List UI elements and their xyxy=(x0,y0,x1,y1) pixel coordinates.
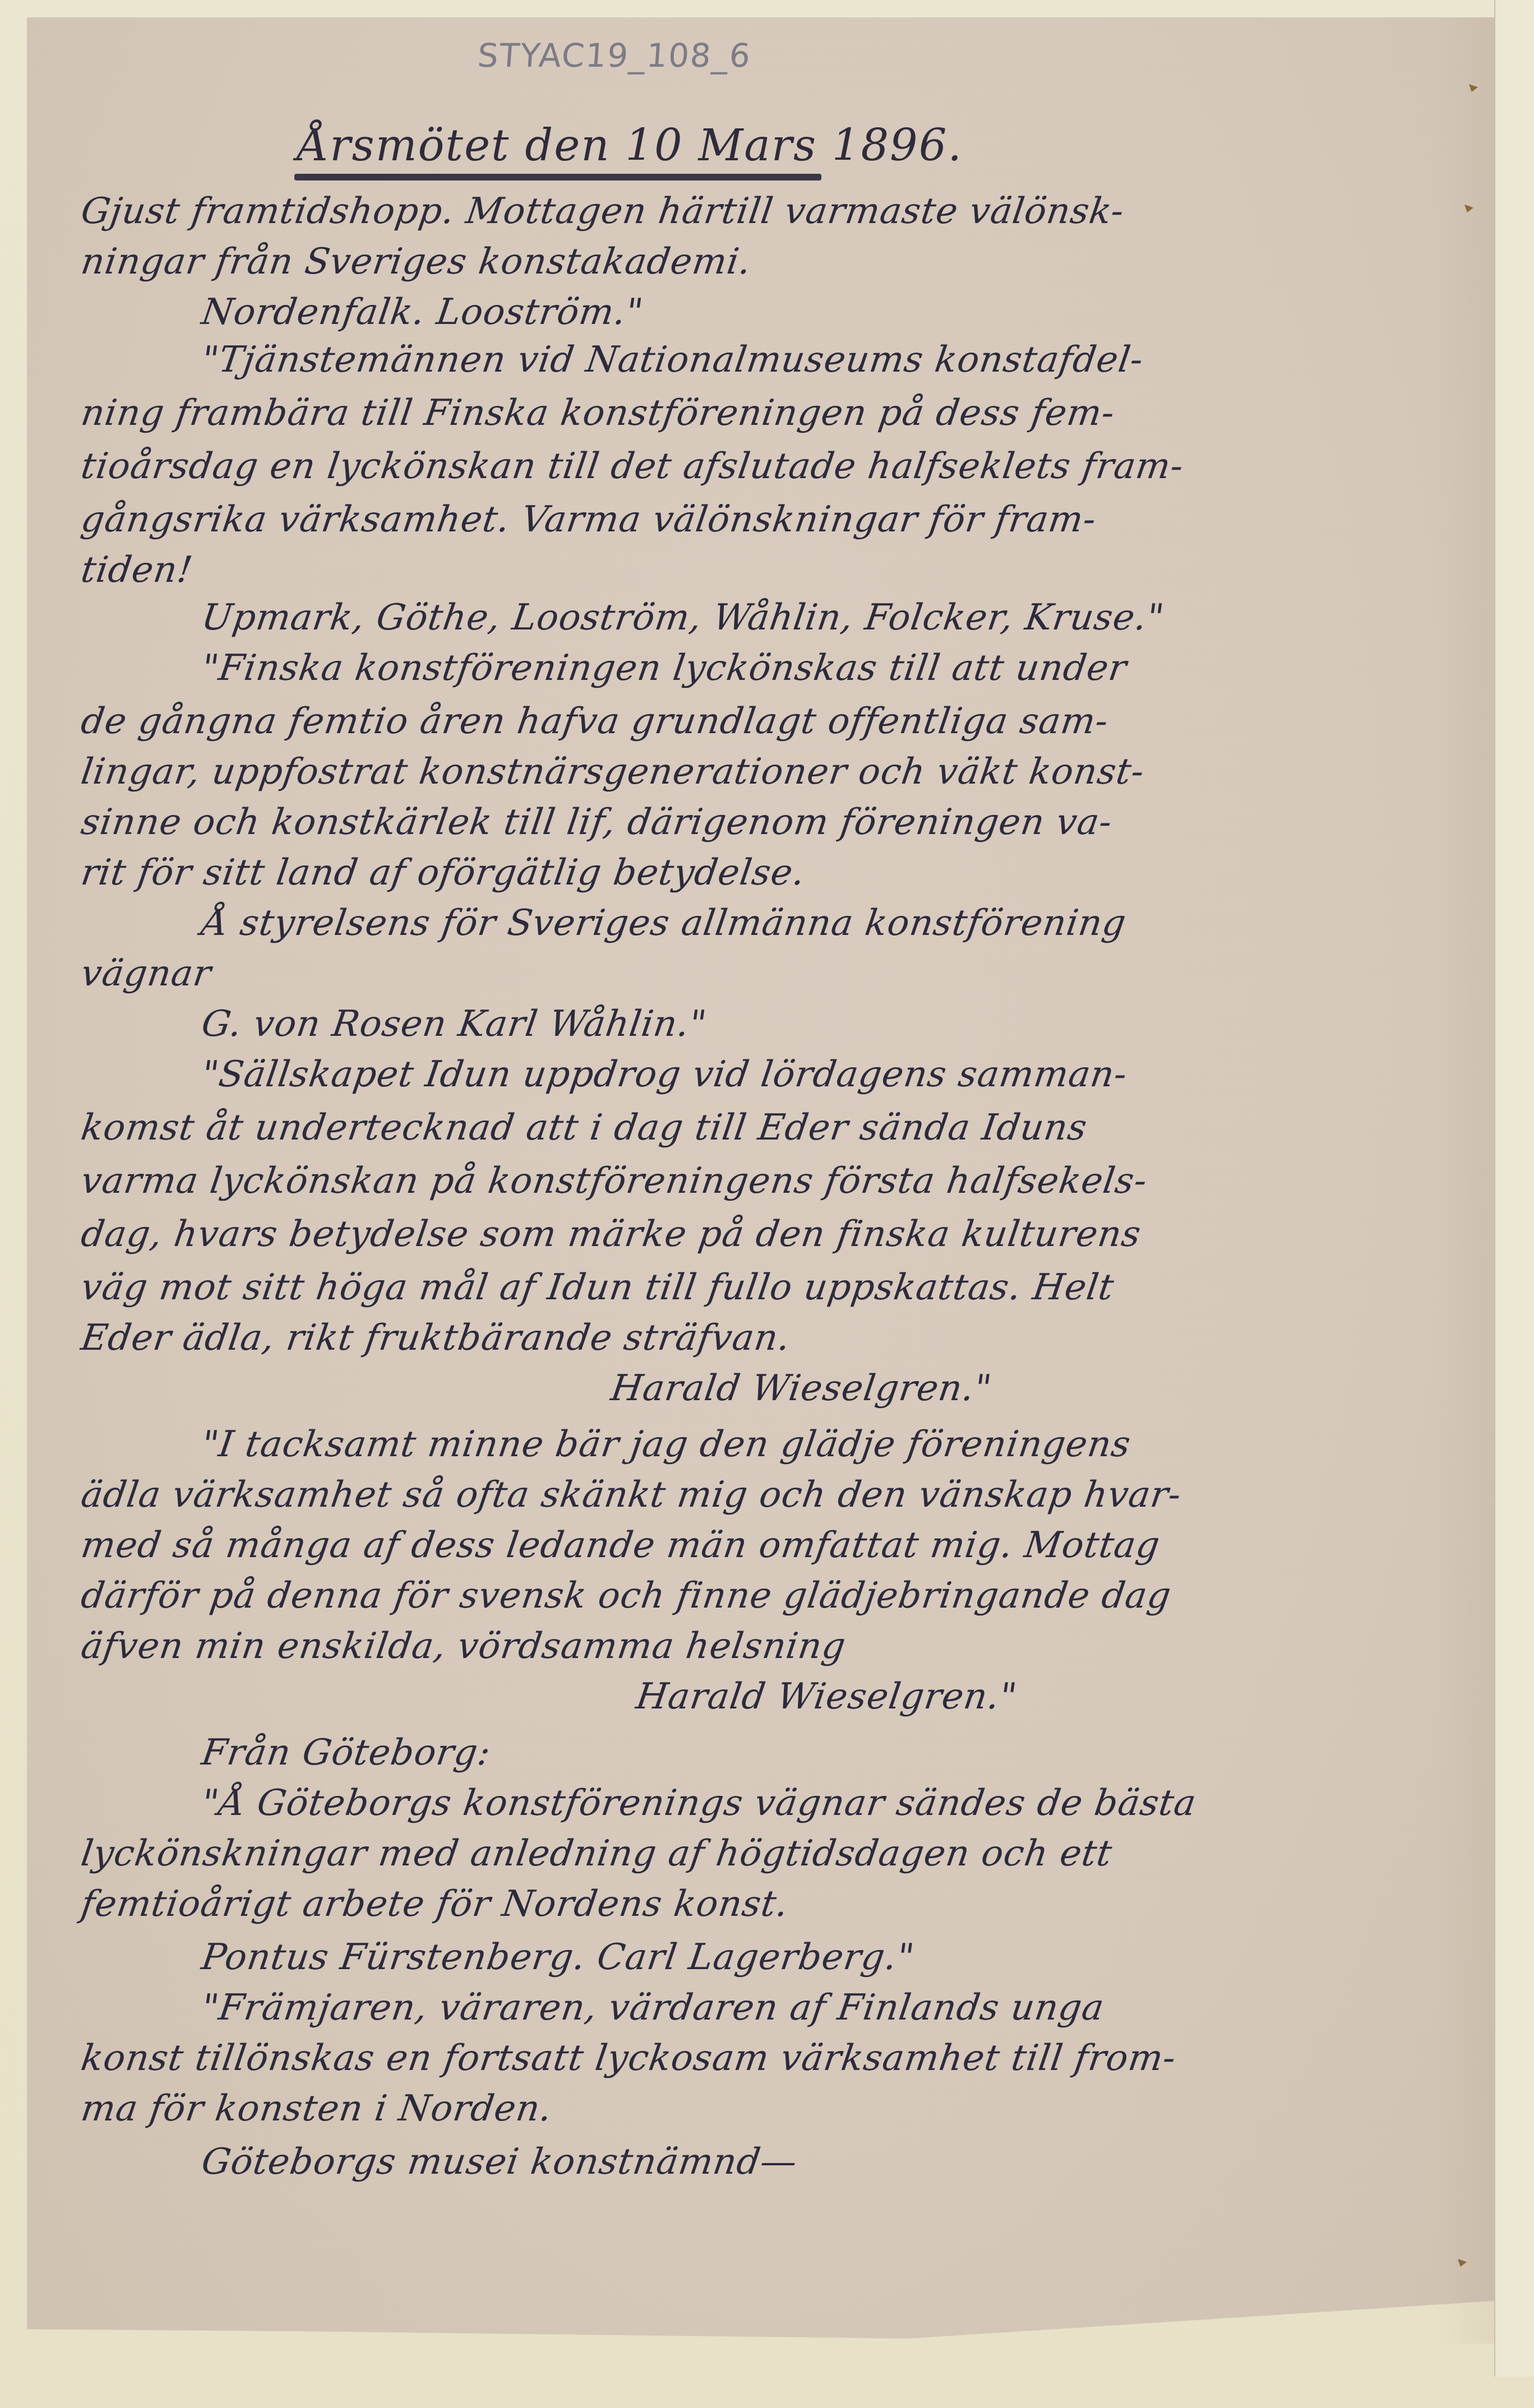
text-line: "Tjänstemännen vid Nationalmuseums konst… xyxy=(199,339,1146,381)
signature-line: G. von Rosen Karl Wåhlin." xyxy=(199,1003,709,1045)
text-line: "Å Göteborgs konstförenings vägnar sände… xyxy=(199,1782,1199,1824)
text-line: med så många af dess ledande män omfatta… xyxy=(78,1525,1163,1566)
text-line: varma lyckönskan på konstföreningens för… xyxy=(78,1160,1150,1202)
signature-line: Göteborgs musei konstnämnd— xyxy=(199,2141,800,2183)
text-line: ma för konsten i Norden. xyxy=(78,2088,555,2129)
text-line: "Finska konstföreningen lyckönskas till … xyxy=(199,647,1129,689)
text-line: vägnar xyxy=(78,953,214,994)
text-line: äfven min enskilda, vördsamma helsning xyxy=(78,1626,848,1667)
text-line: Från Göteborg: xyxy=(199,1732,493,1773)
text-line: tiden! xyxy=(78,549,195,591)
archive-reference-code: STYAC19_108_6 xyxy=(477,36,752,75)
text-line: komst åt undertecknad att i dag till Ede… xyxy=(78,1107,1090,1149)
signature-line: Pontus Fürstenberg. Carl Lagerberg." xyxy=(199,1937,917,1978)
text-line: rit för sitt land af oförgätlig betydels… xyxy=(78,852,808,893)
text-line: därför på denna för svensk och finne glä… xyxy=(78,1575,1174,1617)
text-line: tioårsdag en lyckönskan till det afsluta… xyxy=(78,446,1186,487)
heading-underline xyxy=(294,174,821,180)
text-line: gångsrika värksamhet. Varma välönskninga… xyxy=(78,499,1099,540)
text-line: de gångna femtio åren hafva grundlagt of… xyxy=(78,701,1111,742)
signature-line: Harald Wieselgren." xyxy=(634,1676,1020,1717)
text-line: sinne och konstkärlek till lif, därigeno… xyxy=(78,802,1115,843)
text-line: Gjust framtidshopp. Mottagen härtill var… xyxy=(78,191,1127,232)
text-line: ädla värksamhet så ofta skänkt mig och d… xyxy=(78,1474,1184,1516)
document-heading: Årsmötet den 10 Mars 1896. xyxy=(297,121,963,171)
text-line: ningar från Sveriges konstakademi. xyxy=(78,241,754,283)
text-line: lingar, uppfostrat konstnärsgenerationer… xyxy=(78,751,1147,793)
page-edge-shadow xyxy=(1435,17,1494,2344)
text-line: dag, hvars betydelse som märke på den fi… xyxy=(78,1214,1144,1255)
text-line: "Sällskapet Idun uppdrog vid lördagens s… xyxy=(199,1054,1130,1095)
text-line: Å styrelsens för Sveriges allmänna konst… xyxy=(199,902,1129,944)
text-line: "Främjaren, väraren, värdaren af Finland… xyxy=(199,1987,1107,2029)
adjacent-page-edge xyxy=(1494,0,1534,2377)
text-line: konst tillönskas en fortsatt lyckosam vä… xyxy=(78,2037,1179,2079)
text-line: femtioårigt arbete för Nordens konst. xyxy=(78,1883,791,1925)
text-line: Eder ädla, rikt fruktbärande sträfvan. xyxy=(78,1317,793,1359)
text-line: "I tacksamt minne bär jag den glädje för… xyxy=(199,1424,1133,1465)
text-line: väg mot sitt höga mål af Idun till fullo… xyxy=(78,1267,1117,1308)
text-line: ning frambära till Finska konstföreninge… xyxy=(78,392,1117,434)
signature-line: Harald Wieselgren." xyxy=(608,1368,995,1409)
signature-line: Nordenfalk. Looström." xyxy=(199,291,646,333)
text-line: lyckönskningar med anledning af högtidsd… xyxy=(78,1833,1115,1874)
signature-line: Upmark, Göthe, Looström, Wåhlin, Folcker… xyxy=(199,597,1167,638)
